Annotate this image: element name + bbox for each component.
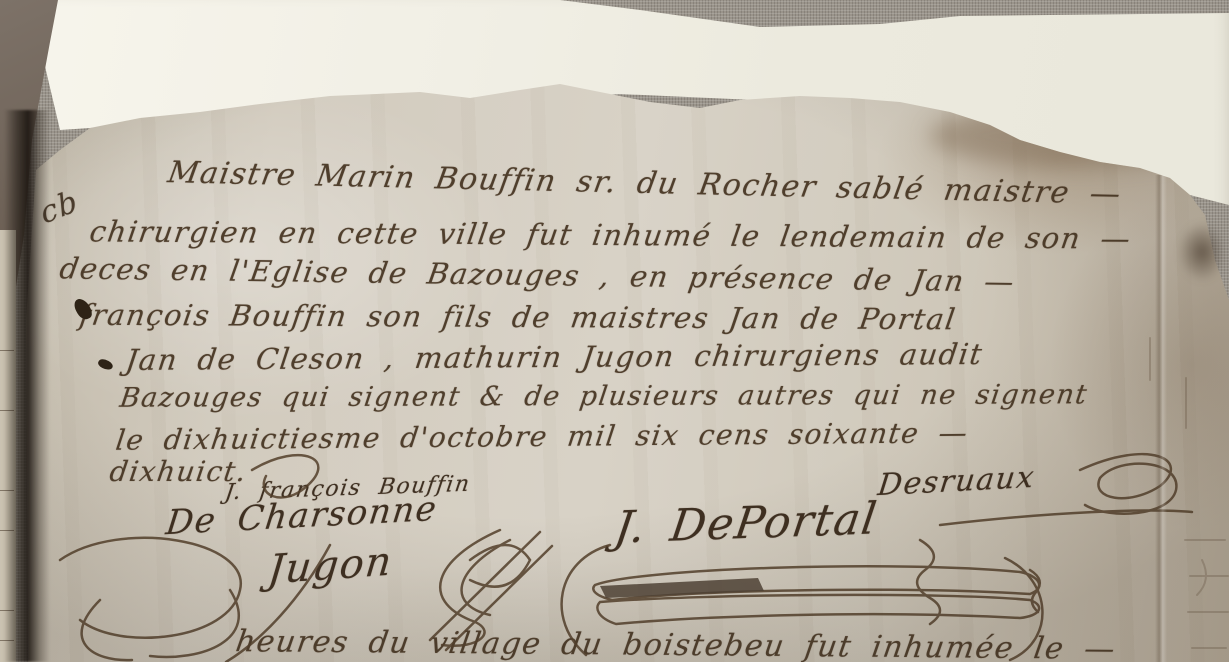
page-fold-crease (1155, 175, 1167, 662)
gutter-shadow (4, 110, 50, 662)
edge-smudge (1178, 222, 1226, 282)
manuscript-photo: cb Maistre Marin Bouffin sr. du Rocher s… (0, 0, 1229, 662)
